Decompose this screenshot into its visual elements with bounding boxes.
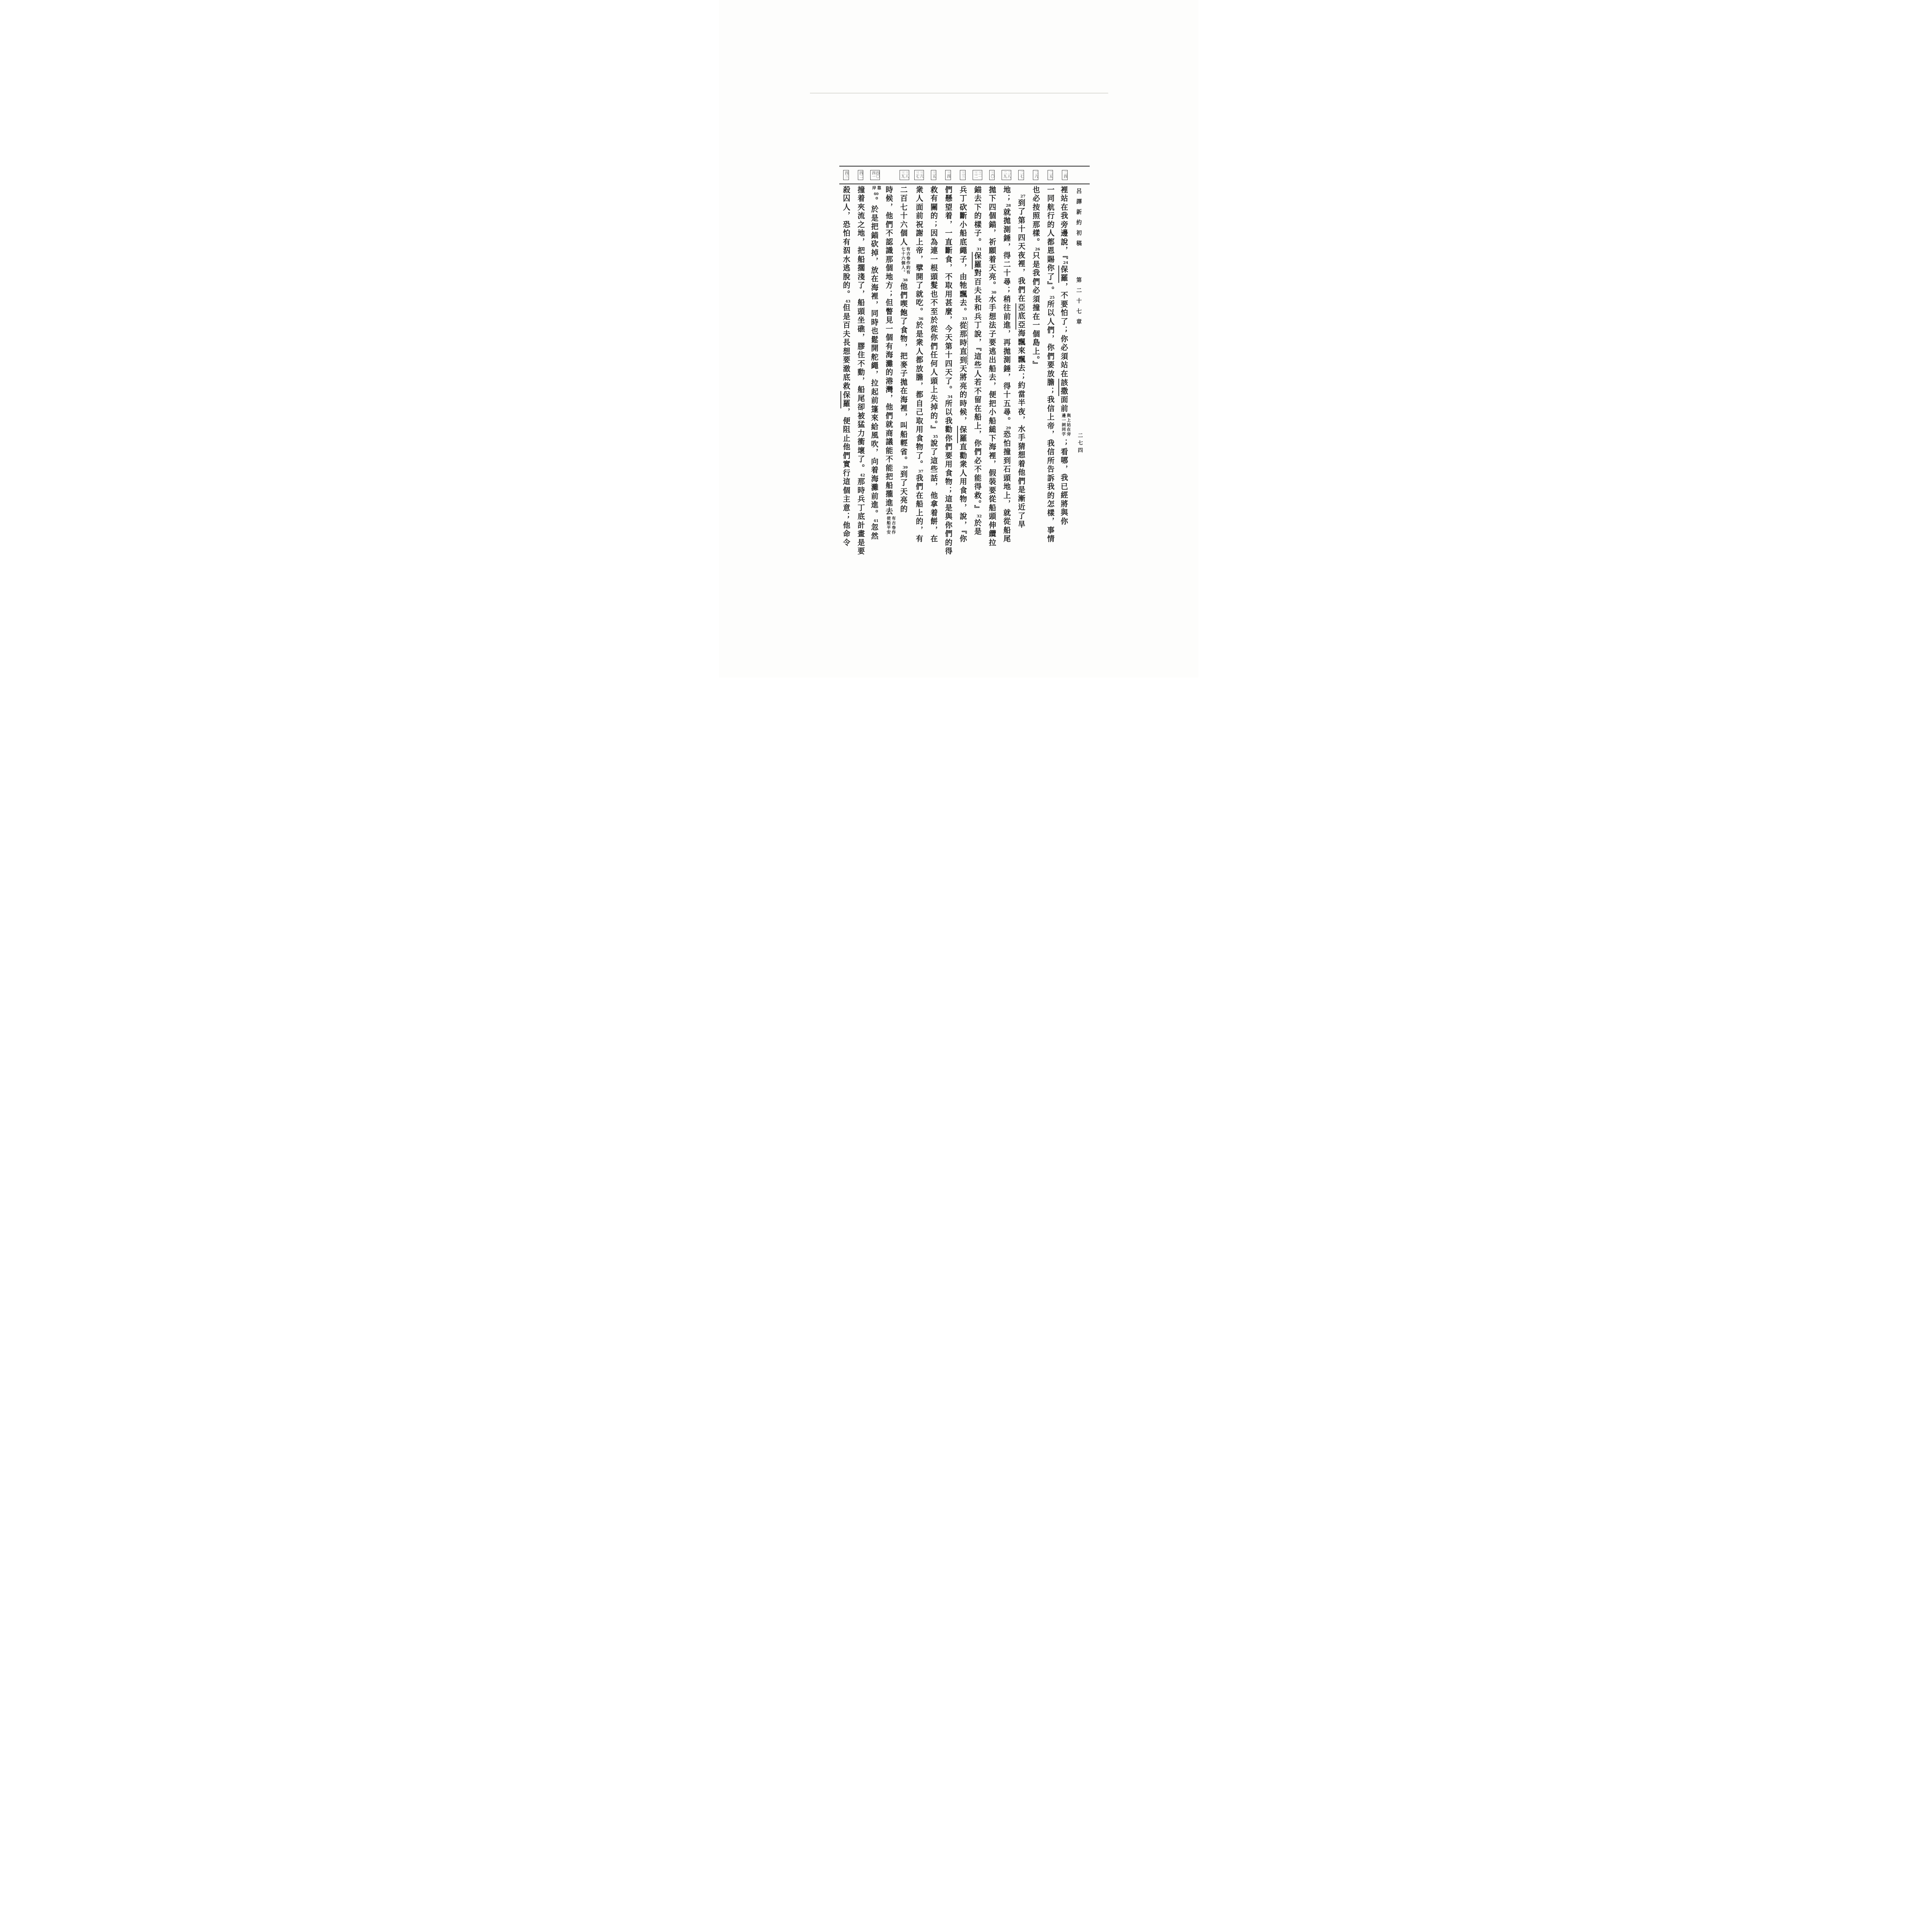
text-run: 拋下四個錨，祈願着天亮。 xyxy=(988,186,996,290)
verse-number-box: 二八 二九 xyxy=(1002,170,1011,180)
text-run: 他們喫飽了食物，把麥子拋在海裡，叫船輕省。 xyxy=(899,283,908,466)
verse-box-slot: 三五 xyxy=(926,167,941,183)
proper-name: 保羅 xyxy=(840,391,850,408)
text-column-content: 救有關的；因為連一根頭髮也不至於從你們任何人頭上失掉的。』35說了這些話，他拿着… xyxy=(929,186,939,570)
verse-number-inline: 43 xyxy=(845,299,851,304)
verse-number-box: 三六 三七 xyxy=(914,170,924,180)
text-column: 時候，他們不認識那個地方；但瞥見一個有海灘的港灣，他們就商議能不能把船攏進去有古… xyxy=(883,186,897,570)
verse-number-inline: 38 xyxy=(902,278,908,283)
verse-number-inline: 33 xyxy=(961,316,968,321)
chapter-title: 第二十七章 xyxy=(1076,277,1082,329)
page-number: 二七四 xyxy=(1076,433,1084,455)
text-column: 裡站在我旁邊說，『24保羅，不要怕了；你必須站在該撒面前與上站在旁邊一詞同字；看… xyxy=(1058,186,1072,570)
verse-number-inline: 32 xyxy=(976,514,982,519)
text-column: 拋下四個錨，祈願着天亮。30水手想法子要逃出船去，便把小船縋下海裡，假裝要從船頭… xyxy=(985,186,999,570)
text-run: 也必按照那樣。 xyxy=(1031,186,1040,247)
verse-number-inline: 42 xyxy=(859,473,866,478)
verse-number-box: 二六 xyxy=(1033,170,1039,180)
text-run: 到了天亮的 xyxy=(899,470,908,514)
text-run: 但是百夫長想要澈底救 xyxy=(842,304,850,391)
text-run: 救有關的；因為連一根頭髮也不至於從你們任何人頭上失掉的。』 xyxy=(929,186,938,434)
text-column: 也必按照那樣。26只是我們必須撞在一個島上。』 xyxy=(1028,186,1043,570)
verse-box-slot: 二八 二九 xyxy=(999,167,1014,183)
text-column-content: 二百七十六個人有古卷作約有七十六個人。38他們喫飽了食物，把麥子拋在海裡，叫船輕… xyxy=(898,186,911,570)
text-column: 靠岸40。於是把錨砍掉，放在海裡，同時也鬆開舵繩，拉起前篷來給風吹，向着海灘前進… xyxy=(868,186,883,570)
verse-number-box: 二四 xyxy=(1062,170,1068,180)
verse-number-box: 三一 三二 xyxy=(973,170,982,180)
verse-number-box: 三八 三九 xyxy=(900,170,909,180)
text-run: 只是我們必須撞在一個島上。』 xyxy=(1031,252,1040,370)
text-column-content: 兵丁砍斷小船底繩子，由牠飄去。33從那時直到天將亮的時候，保羅直勸衆人用食物，說… xyxy=(958,186,968,570)
verse-box-slot: 三〇 xyxy=(985,167,999,183)
text-column-content: 殺囚人，恐怕有泅水逃脫的。43但是百夫長想要澈底救保羅，便阻止他們實行這個主意；… xyxy=(841,186,851,570)
interlinear-note: 與上站在旁邊一詞同字 xyxy=(1060,413,1071,439)
text-column: 救有關的；因為連一根頭髮也不至於從你們任何人頭上失掉的。』35說了這些話，他拿着… xyxy=(926,186,941,570)
text-column-content: 錨去下的樣子。31保羅對百夫長和兵丁說，『這些人若不留在船上，你們必不能得救。』… xyxy=(972,186,982,570)
text-column: 錨去下的樣子。31保羅對百夫長和兵丁說，『這些人若不留在船上，你們必不能得救。』… xyxy=(970,186,985,570)
text-run: 裡站在我旁邊說，『 xyxy=(1060,186,1068,260)
book-title: 呂譯新約初稿 xyxy=(1076,188,1082,251)
verse-number-inline: 41 xyxy=(873,519,879,524)
text-run: 殺囚人，恐怕有泅水逃脫的。 xyxy=(842,186,850,299)
text-run: 我們在船上的，有 xyxy=(915,474,923,544)
text-run: 所以人們，你們要放膽；我信上帝，我信所告訴我的怎樣，事情 xyxy=(1046,300,1055,544)
verse-box-slot: 三六 三七 xyxy=(912,167,926,183)
paragraph-indent xyxy=(1021,186,1021,194)
text-column-content: 衆人面前祝謝上帝，擘開了就吃。36於是衆人都放膽，都自己取用食物了。37我們在船… xyxy=(914,186,924,570)
verse-box-slot: 二七 xyxy=(1014,167,1029,183)
text-run: 說了這些話，他拿着餅，在 xyxy=(929,439,938,544)
verse-number-inline: 26 xyxy=(1034,247,1041,252)
text-run: 地； xyxy=(1002,186,1011,203)
verse-box-slot: 四〇 四一 xyxy=(868,167,883,183)
verse-number-box: 三五 xyxy=(931,170,937,180)
verse-number-inline: 28 xyxy=(1005,203,1012,208)
scan-artifact-line xyxy=(810,93,1108,94)
verse-number-inline: 24 xyxy=(1063,260,1069,265)
emphasized-run: 從那時直到 xyxy=(958,321,968,365)
verse-number-inline: 25 xyxy=(1049,295,1055,300)
text-column-content: 時候，他們不認識那個地方；但瞥見一個有海灘的港灣，他們就商議能不能把船攏進去有古… xyxy=(884,186,896,570)
text-column: 們懸望着，一直斷食，不取用甚麼，今天第十四天了。34所以我勸你們要用食物；這是與… xyxy=(941,186,956,570)
text-column: 衆人面前祝謝上帝，擘開了就吃。36於是衆人都放膽，都自己取用食物了。37我們在船… xyxy=(912,186,926,570)
text-column-content: 也必按照那樣。26只是我們必須撞在一個島上。』 xyxy=(1031,186,1041,570)
text-run: 兵丁砍斷小船底繩子，由牠飄去。 xyxy=(958,186,967,316)
verse-number-box: 二五 xyxy=(1048,170,1053,180)
verse-number-inline: 36 xyxy=(918,316,924,321)
proper-name: 保羅 xyxy=(957,426,967,443)
verse-number-box: 三〇 xyxy=(989,170,995,180)
scanned-page: 二四二五二六二七二八 二九三〇三一 三二三三三四三五三六 三七三八 三九四〇 四… xyxy=(719,0,1198,678)
verse-box-slot: 三三 xyxy=(956,167,970,183)
proper-name: 亞底亞 xyxy=(1015,303,1025,330)
verse-number-row: 二四二五二六二七二八 二九三〇三一 三二三三三四三五三六 三七三八 三九四〇 四… xyxy=(839,167,1072,183)
text-run: 一同航行的人都恩賜你了』。 xyxy=(1046,186,1055,295)
verse-box-slot xyxy=(883,167,897,183)
verse-number-inline: 34 xyxy=(947,395,953,400)
interlinear-note: 有古卷作使船平安 xyxy=(885,516,896,537)
text-column: 撞着夾流之地，把船擱淺了，船頭坐礁，膠住不動，船尾卻被猛力衝壞了。42那時兵丁底… xyxy=(853,186,868,570)
text-column-content: 撞着夾流之地，把船擱淺了，船頭坐礁，膠住不動，船尾卻被猛力衝壞了。42那時兵丁底… xyxy=(856,186,866,570)
text-column: 兵丁砍斷小船底繩子，由牠飄去。33從那時直到天將亮的時候，保羅直勸衆人用食物，說… xyxy=(956,186,970,570)
verse-box-slot: 三一 三二 xyxy=(970,167,985,183)
text-column: 殺囚人，恐怕有泅水逃脫的。43但是百夫長想要澈底救保羅，便阻止他們實行這個主意；… xyxy=(839,186,854,570)
text-run: 那時兵丁底計畫是要 xyxy=(856,478,865,556)
verse-number-inline: 27 xyxy=(1020,194,1026,199)
proper-name: 該撒 xyxy=(1058,379,1068,396)
text-run: 水手想法子要逃出船去，便把小船縋下海裡，假裝要從船頭伸纜拉 xyxy=(988,295,996,548)
text-run: 衆人面前祝謝上帝，擘開了就吃。 xyxy=(915,186,923,316)
verse-box-slot: 三八 三九 xyxy=(897,167,912,183)
text-run: 於是衆人都放膽，都自己取用食物了。 xyxy=(915,321,923,469)
verse-number-inline: 35 xyxy=(932,434,939,439)
text-run: 對百夫長和兵丁說，『這些人若不留在船上，你們必不能得救。』 xyxy=(973,269,981,514)
verse-number-inline: 39 xyxy=(902,465,908,470)
header-rule-bottom xyxy=(839,184,1090,184)
text-column-content: 一同航行的人都恩賜你了』。25所以人們，你們要放膽；我信上帝，我信所告訴我的怎樣… xyxy=(1045,186,1055,570)
proper-name: 保羅 xyxy=(1058,265,1068,283)
verse-number-box: 四〇 四一 xyxy=(870,170,880,180)
verse-box-slot: 三四 xyxy=(941,167,956,183)
verse-number-box: 二七 xyxy=(1018,170,1024,180)
text-run: 直勸衆人用食物，說，『你 xyxy=(958,443,967,544)
text-run: 面前 xyxy=(1060,396,1068,413)
interlinear-note: 有古卷作約有七十六個人。 xyxy=(900,247,910,278)
text-run: 就拋測錘，得二十尋；稍往前進，再拋測錘，得十五尋。 xyxy=(1002,208,1011,426)
text-column-content: 拋下四個錨，祈願着天亮。30水手想法子要逃出船去，便把小船縋下海裡，假裝要從船頭… xyxy=(987,186,997,570)
text-column-content: 裡站在我旁邊說，『24保羅，不要怕了；你必須站在該撒面前與上站在旁邊一詞同字；看… xyxy=(1059,186,1071,570)
text-column: 27到了第十四天夜裡，我們在亞底亞海飄來飄去；約當半夜，水手猜想着他們是漸近了旱 xyxy=(1014,186,1029,570)
proper-name: 保羅 xyxy=(972,252,981,269)
text-column: 地；28就拋測錘，得二十尋；稍往前進，再拋測錘，得十五尋。29恐怕撞到石頭地上，… xyxy=(999,186,1014,570)
text-run: 們懸望着，一直斷食，不取用甚麼，今天第十四天了。 xyxy=(944,186,953,395)
text-column-content: 靠岸40。於是把錨砍掉，放在海裡，同時也鬆開舵繩，拉起前篷來給風吹，向着海灘前進… xyxy=(869,186,881,570)
running-head: 呂譯新約初稿 第二十七章 xyxy=(1075,188,1083,329)
text-run: 二百七十六個人 xyxy=(899,186,908,247)
interlinear-note: 靠岸 xyxy=(871,186,881,192)
text-columns: 裡站在我旁邊說，『24保羅，不要怕了；你必須站在該撒面前與上站在旁邊一詞同字；看… xyxy=(839,186,1072,570)
verse-box-slot: 二五 xyxy=(1043,167,1058,183)
verse-number-inline: 37 xyxy=(918,469,924,474)
verse-number-box: 四三 xyxy=(843,170,849,180)
text-run: ；看哪，我已經將與你 xyxy=(1060,439,1068,526)
verse-number-inline: 30 xyxy=(991,290,997,295)
verse-number-inline: 40 xyxy=(873,192,879,197)
text-run: 錨去下的樣子。 xyxy=(973,186,981,247)
verse-number-box: 四二 xyxy=(858,170,864,180)
text-run: 所以我勸你們要用食物；這是與你們的得 xyxy=(944,400,953,556)
text-column-content: 們懸望着，一直斷食，不取用甚麼，今天第十四天了。34所以我勸你們要用食物；這是與… xyxy=(943,186,953,570)
text-run: ，便阻止他們實行這個主意；他命令 xyxy=(842,408,850,548)
text-column: 二百七十六個人有古卷作約有七十六個人。38他們喫飽了食物，把麥子拋在海裡，叫船輕… xyxy=(897,186,912,570)
verse-number-inline: 29 xyxy=(1005,426,1012,431)
text-run: 。於是把錨砍掉，放在海裡，同時也鬆開舵繩，拉起前篷來給風吹，向着海灘前進。 xyxy=(870,197,878,519)
verse-number-inline: 31 xyxy=(976,247,982,252)
text-column-content: 地；28就拋測錘，得二十尋；稍往前進，再拋測錘，得十五尋。29恐怕撞到石頭地上，… xyxy=(1002,186,1012,570)
text-run: 時候，他們不認識那個地方；但瞥見一個有海灘的港灣，他們就商議能不能把船攏進去 xyxy=(885,186,893,516)
text-run: 天將亮的時候， xyxy=(958,365,967,426)
text-run: 於是 xyxy=(973,519,981,536)
text-run: 忽然 xyxy=(870,524,878,541)
verse-box-slot: 二六 xyxy=(1028,167,1043,183)
text-column: 一同航行的人都恩賜你了』。25所以人們，你們要放膽；我信上帝，我信所告訴我的怎樣… xyxy=(1043,186,1058,570)
verse-box-slot: 四二 xyxy=(853,167,868,183)
verse-number-box: 三四 xyxy=(945,170,951,180)
text-run: 撞着夾流之地，把船擱淺了，船頭坐礁，膠住不動，船尾卻被猛力衝壞了。 xyxy=(856,186,865,473)
verse-box-slot: 二四 xyxy=(1058,167,1072,183)
text-run: 海飄來飄去；約當半夜，水手猜想着他們是漸近了旱 xyxy=(1017,330,1025,530)
text-column-content: 27到了第十四天夜裡，我們在亞底亞海飄來飄去；約當半夜，水手猜想着他們是漸近了旱 xyxy=(1016,186,1026,570)
text-run: 恐怕撞到石頭地上，就從船尾 xyxy=(1002,431,1011,544)
text-run: 到了第十四天夜裡，我們在 xyxy=(1017,199,1025,303)
verse-number-box: 三三 xyxy=(960,170,966,180)
verse-box-slot: 四三 xyxy=(839,167,854,183)
text-run: ，不要怕了；你必須站在 xyxy=(1060,283,1068,379)
